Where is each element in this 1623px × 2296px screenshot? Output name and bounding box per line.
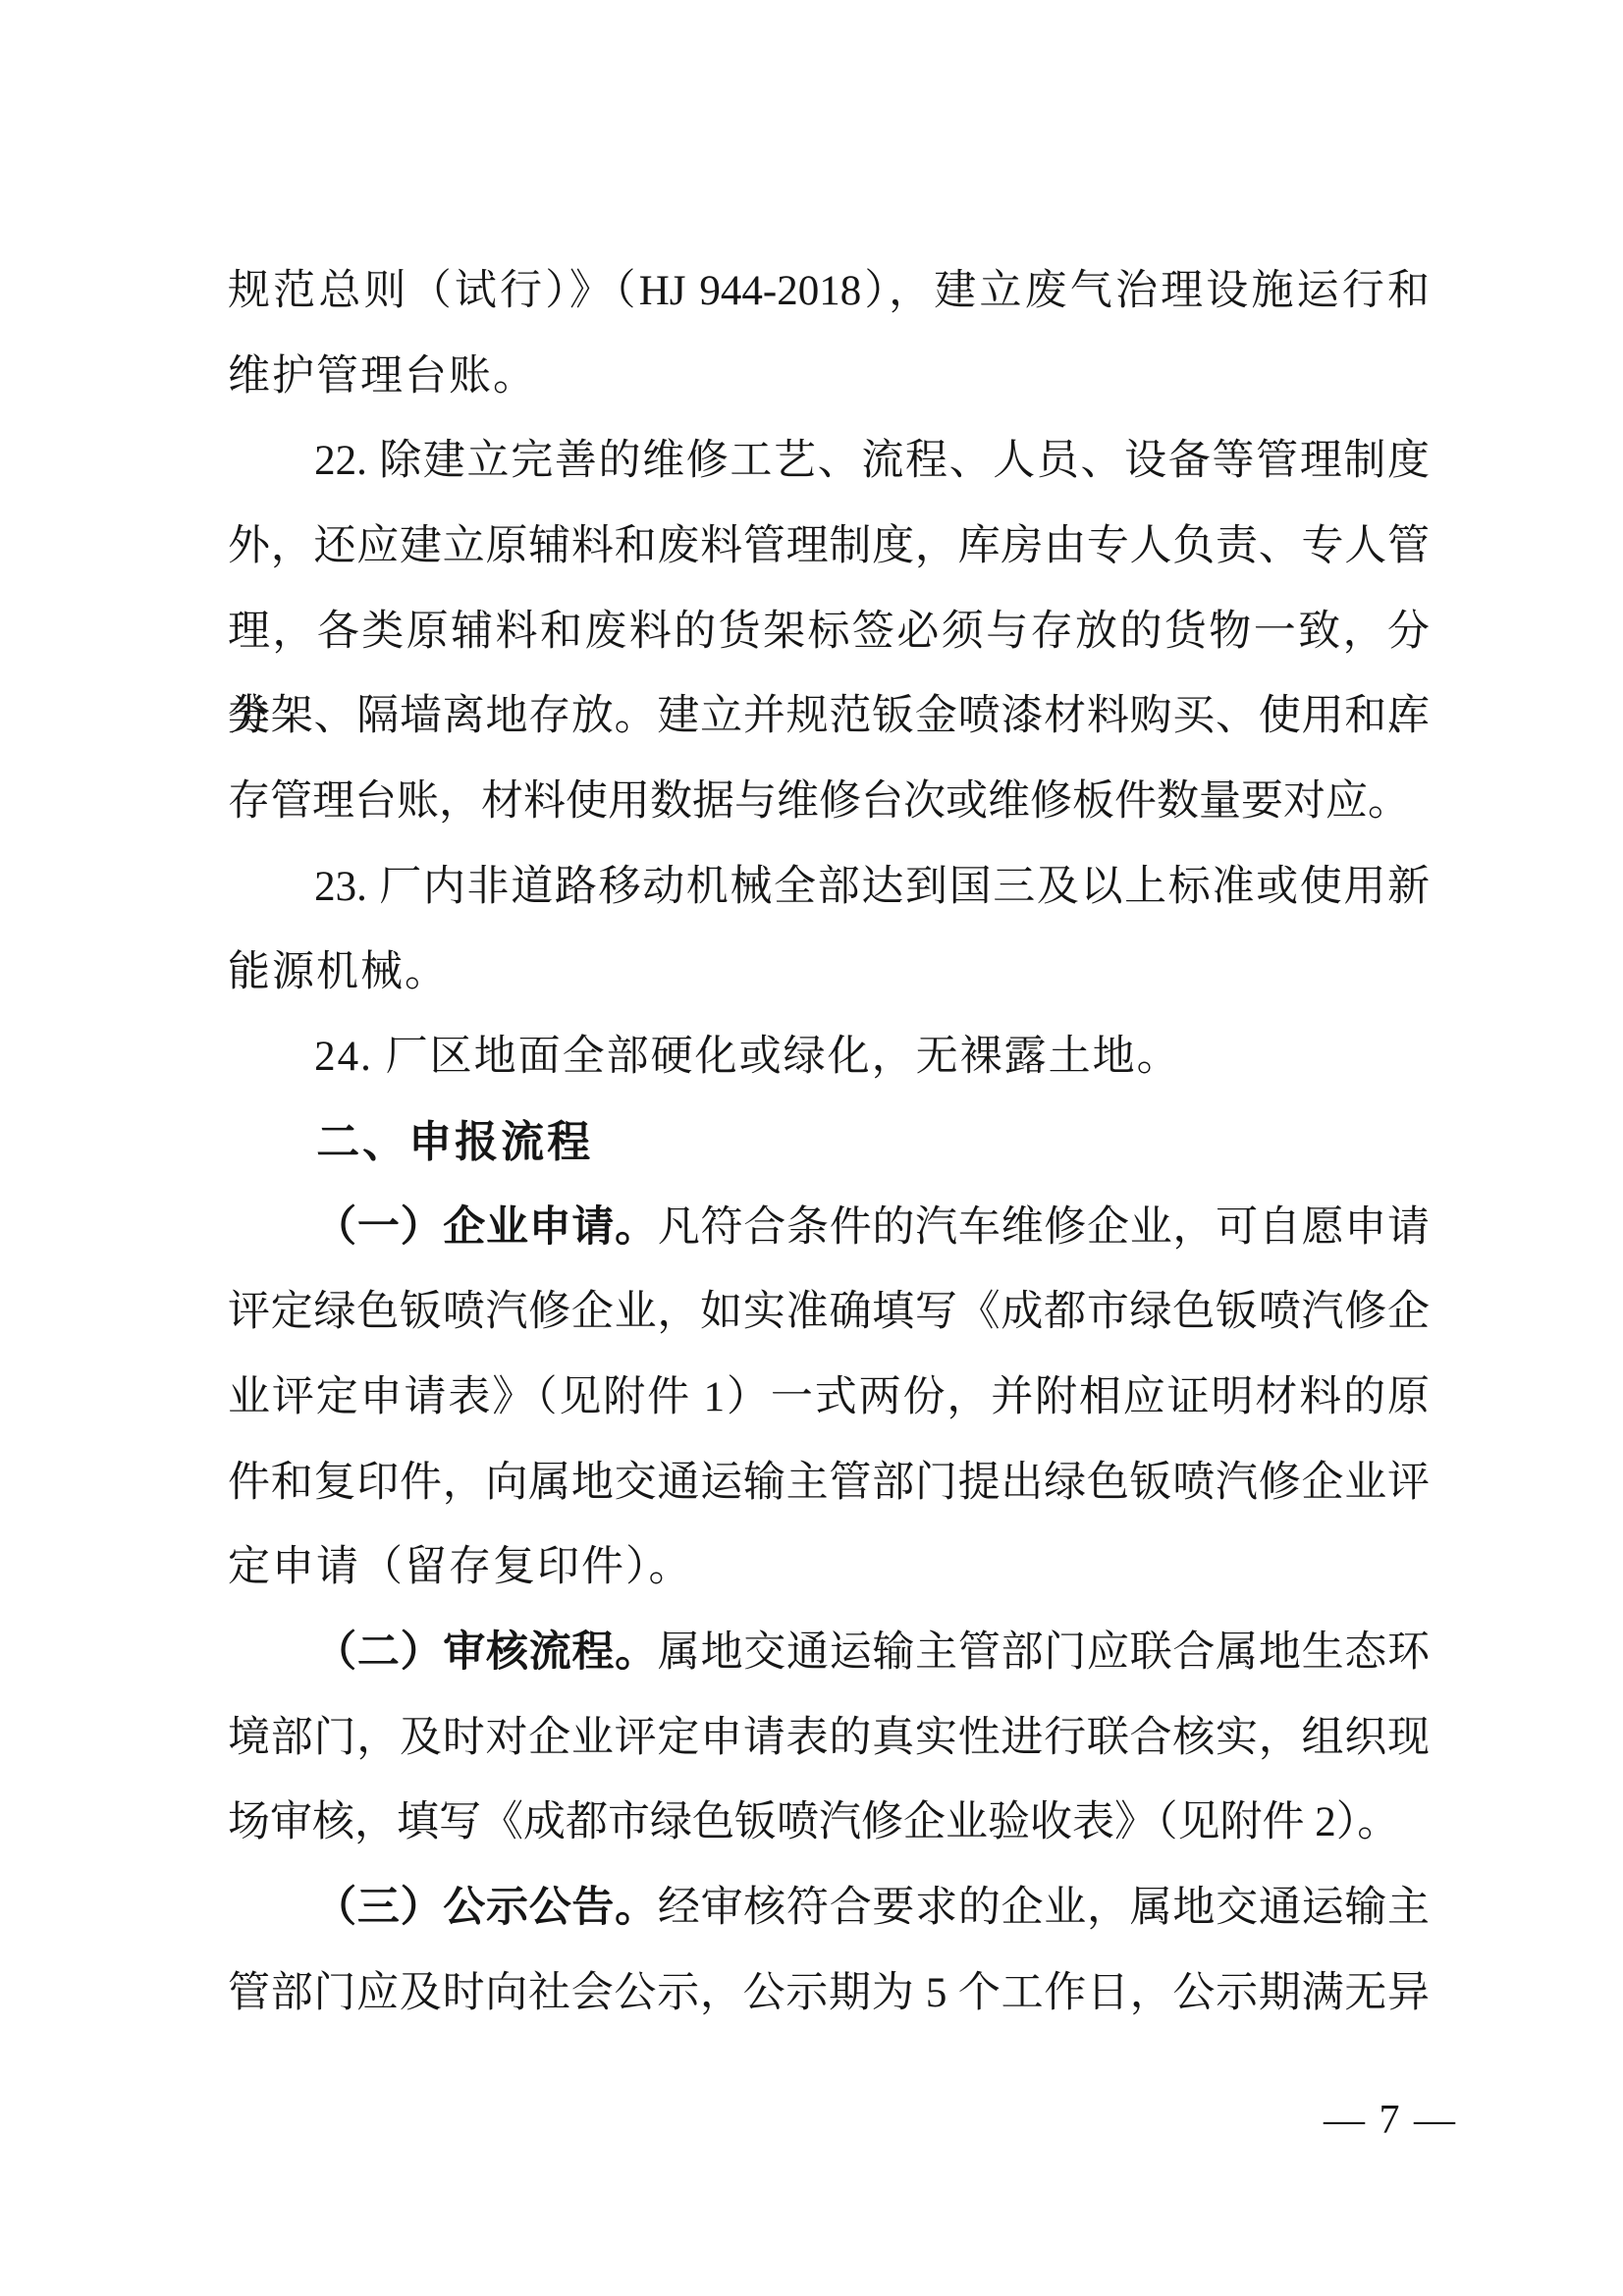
text-line: 评定绿色钣喷汽修企业，如实准确填写《成都市绿色钣喷汽修企	[228, 1270, 1430, 1356]
text-line: （三）公示公告。经审核符合要求的企业，属地交通运输主	[228, 1866, 1430, 1951]
text-line: 境部门，及时对企业评定申请表的真实性进行联合核实，组织现	[228, 1696, 1430, 1782]
text-line: 维护管理台账。	[228, 335, 1430, 420]
run-in-heading: （一）企业申请。	[314, 1204, 658, 1251]
text-line: 定申请（留存复印件）。	[228, 1525, 1430, 1611]
text-line: 件和复印件，向属地交通运输主管部门提出绿色钣喷汽修企业评	[228, 1441, 1430, 1526]
text-line: 外，还应建立原辅料和废料管理制度，库房由专人负责、专人管	[228, 505, 1430, 590]
document-body: 规范总则（试行）》（HJ 944-2018），建立废气治理设施运行和 维护管理台…	[228, 249, 1430, 2036]
text-segment: 属地交通运输主管部门应联合属地生态环	[658, 1629, 1430, 1676]
text-line: 能源机械。	[228, 931, 1430, 1016]
text-line: （二）审核流程。属地交通运输主管部门应联合属地生态环	[228, 1611, 1430, 1696]
text-line: 规范总则（试行）》（HJ 944-2018），建立废气治理设施运行和	[228, 249, 1430, 335]
run-in-heading: （三）公示公告。	[314, 1885, 658, 1931]
text-line: 22. 除建立完善的维修工艺、流程、人员、设备等管理制度	[228, 419, 1430, 505]
text-line: 分架、隔墙离地存放。建立并规范钣金喷漆材料购买、使用和库	[228, 674, 1430, 760]
text-line: 23. 厂内非道路移动机械全部达到国三及以上标准或使用新	[228, 845, 1430, 931]
page-number: — 7 —	[1324, 2091, 1457, 2150]
text-segment: 经审核符合要求的企业，属地交通运输主	[658, 1885, 1430, 1931]
text-line: 场审核，填写《成都市绿色钣喷汽修企业验收表》（见附件 2）。	[228, 1781, 1430, 1866]
text-segment: 凡符合条件的汽车维修企业，可自愿申请	[658, 1204, 1430, 1251]
text-line: （一）企业申请。凡符合条件的汽车维修企业，可自愿申请	[228, 1186, 1430, 1271]
text-line: 管部门应及时向社会公示，公示期为 5 个工作日，公示期满无异	[228, 1951, 1430, 2037]
text-line: 业评定申请表》（见附件 1）一式两份，并附相应证明材料的原	[228, 1356, 1430, 1441]
run-in-heading: （二）审核流程。	[314, 1629, 658, 1676]
text-line: 理，各类原辅料和废料的货架标签必须与存放的货物一致，分类、	[228, 590, 1430, 675]
text-line: 24. 厂区地面全部硬化或绿化，无裸露土地。	[228, 1015, 1430, 1100]
text-line: 存管理台账，材料使用数据与维修台次或维修板件数量要对应。	[228, 760, 1430, 845]
section-heading: 二、申报流程	[228, 1100, 1430, 1186]
